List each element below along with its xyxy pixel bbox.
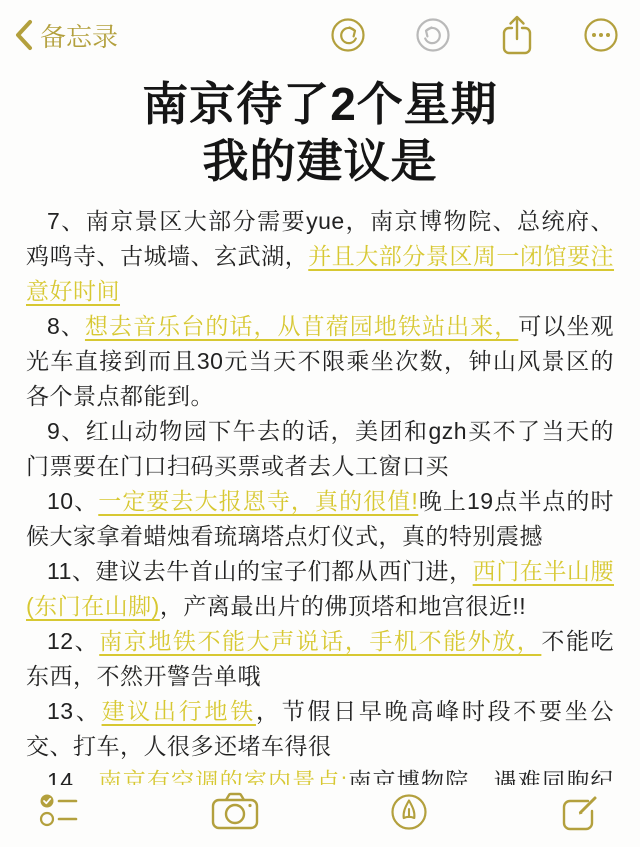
note-item-8: 8、想去音乐台的话，从苜蓿园地铁站出来，可以坐观光车直接到而且30元当天不限乘坐… — [26, 309, 614, 414]
note-item-13: 13、建议出行地铁，节假日早晚高峰时段不要坐公交、打车，人很多还堵车得很 — [26, 694, 614, 764]
body-text: 10、 — [47, 488, 98, 514]
markup-icon[interactable] — [388, 791, 430, 833]
undo-icon[interactable] — [329, 16, 367, 54]
note-title-line1: 南京待了2个星期 — [26, 76, 614, 133]
body-text: 11、建议去牛首山的宝子们都从西门进， — [47, 558, 473, 584]
body-text: 9、红山动物园下午去的话，美团和gzh买不了当天的门票要在门口扫码买票或者去人工… — [26, 418, 614, 479]
highlighted-text: 南京地铁不能大声说话，手机不能外放， — [99, 628, 541, 654]
note-title-line2: 我的建议是 — [26, 133, 614, 190]
body-text: ，产离最出片的佛顶塔和地宫很近!! — [160, 593, 526, 619]
highlighted-text: 一定要去大报恩寺，真的很值! — [98, 488, 418, 514]
note-item-10: 10、一定要去大报恩寺，真的很值!晚上19点半点的时候大家拿着蜡烛看琉璃塔点灯仪… — [26, 484, 614, 554]
highlighted-text: 想去音乐台的话，从苜蓿园地铁站出来， — [85, 313, 518, 339]
share-icon[interactable] — [499, 13, 535, 57]
checklist-icon[interactable] — [38, 791, 82, 829]
camera-icon[interactable] — [210, 791, 260, 831]
note-item-12: 12、南京地铁不能大声说话，手机不能外放，不能吃东西，不然开警告单哦 — [26, 624, 614, 694]
note-body[interactable]: 南京待了2个星期 我的建议是 7、南京景区大部分需要yue，南京博物院、总统府、… — [0, 64, 640, 834]
note-item-11: 11、建议去牛首山的宝子们都从西门进，西门在半山腰(东门在山脚)，产离最出片的佛… — [26, 554, 614, 624]
compose-icon[interactable] — [558, 791, 602, 835]
body-text: 12、 — [47, 628, 99, 654]
back-button[interactable]: 备忘录 — [14, 17, 118, 54]
bottom-toolbar — [0, 785, 640, 847]
note-title: 南京待了2个星期 我的建议是 — [26, 76, 614, 190]
nav-actions — [329, 13, 620, 57]
body-text: 8、 — [47, 313, 85, 339]
note-item-9: 9、红山动物园下午去的话，美团和gzh买不了当天的门票要在门口扫码买票或者去人工… — [26, 414, 614, 484]
more-icon[interactable] — [582, 16, 620, 54]
highlighted-text: 建议出行地铁 — [102, 698, 256, 724]
back-label: 备忘录 — [40, 17, 118, 54]
nav-bar: 备忘录 — [0, 0, 640, 64]
note-item-7: 7、南京景区大部分需要yue，南京博物院、总统府、鸡鸣寺、古城墙、玄武湖，并且大… — [26, 204, 614, 309]
redo-icon — [414, 16, 452, 54]
back-chevron-icon — [14, 19, 34, 51]
body-text: 13、 — [47, 698, 102, 724]
